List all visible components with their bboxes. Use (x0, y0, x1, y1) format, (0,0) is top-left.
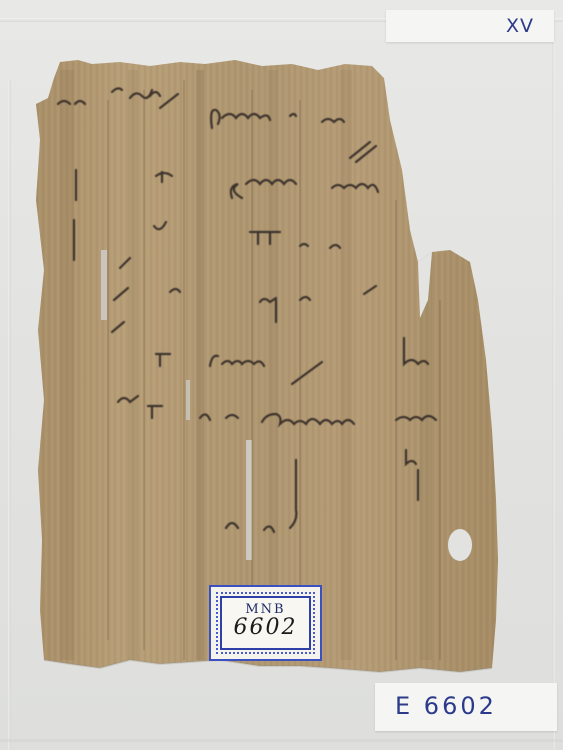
label-border-pattern: MNB 6602 (216, 592, 315, 654)
museum-collection-label: MNB 6602 (209, 585, 322, 661)
papyrus-fragment: MNB 6602 (0, 0, 563, 750)
inventory-number-text: E 6602 (395, 692, 497, 720)
label-core: MNB 6602 (220, 596, 311, 650)
collection-number: 6602 (222, 615, 309, 640)
inventory-number-label: E 6602 (375, 683, 557, 731)
